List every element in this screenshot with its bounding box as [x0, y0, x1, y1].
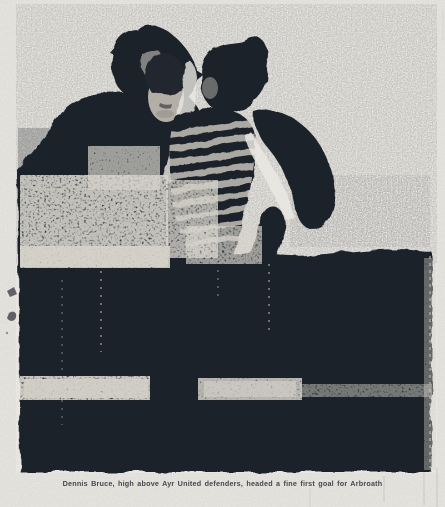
eye-right [170, 89, 175, 94]
photo-caption: Dennis Bruce, high above Ayr United defe… [0, 479, 445, 488]
newspaper-clipping: Dennis Bruce, high above Ayr United defe… [0, 0, 445, 507]
match-photo [0, 0, 445, 507]
eye-left [155, 87, 160, 92]
face-highlight [202, 77, 218, 99]
